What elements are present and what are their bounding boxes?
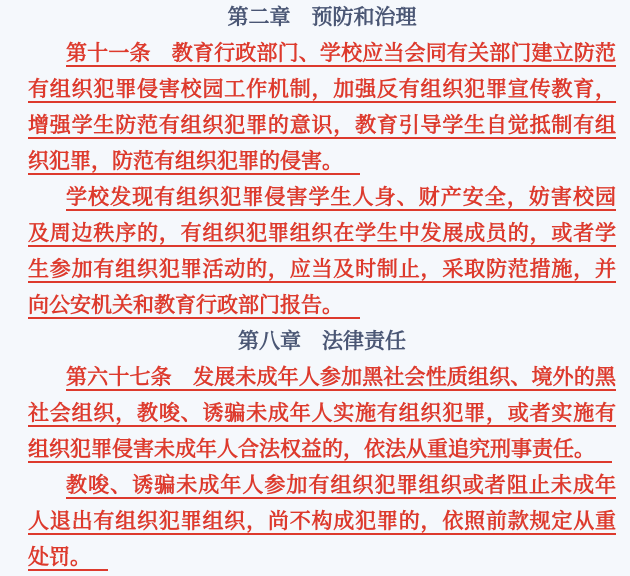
law-text-line: 第十一条 教育行政部门、学校应当会同有关部门建立防范 xyxy=(28,36,616,72)
law-text-line: 有组织犯罪侵害校园工作机制，加强反有组织犯罪宣传教育， xyxy=(28,72,616,108)
law-text-line: 向公安机关和教育行政部门报告。 xyxy=(28,288,616,324)
law-text-line: 学校发现有组织犯罪侵害学生人身、财产安全，妨害校园 xyxy=(28,180,616,216)
law-text-line: 第六十七条 发展未成年人参加黑社会性质组织、境外的黑 xyxy=(28,360,616,396)
law-text-line: 教唆、诱骗未成年人参加有组织犯罪组织或者阻止未成年 xyxy=(28,468,616,504)
law-text-line: 社会组织，教唆、诱骗未成年人实施有组织犯罪，或者实施有 xyxy=(28,396,616,432)
chapter-heading: 第二章 预防和治理 xyxy=(28,0,616,36)
law-text-line: 生参加有组织犯罪活动的，应当及时制止，采取防范措施，并 xyxy=(28,252,616,288)
document-page: 第二章 预防和治理第十一条 教育行政部门、学校应当会同有关部门建立防范有组织犯罪… xyxy=(0,0,630,576)
law-text-line: 人退出有组织犯罪组织，尚不构成犯罪的，依照前款规定从重 xyxy=(28,504,616,540)
law-text-line: 处罚。 xyxy=(28,540,616,576)
law-text-line: 织犯罪，防范有组织犯罪的侵害。 xyxy=(28,144,616,180)
law-text-line: 增强学生防范有组织犯罪的意识，教育引导学生自觉抵制有组 xyxy=(28,108,616,144)
chapter-heading: 第八章 法律责任 xyxy=(28,324,616,360)
law-text-line: 组织犯罪侵害未成年人合法权益的，依法从重追究刑事责任。 xyxy=(28,432,616,468)
law-text-line: 及周边秩序的，有组织犯罪组织在学生中发展成员的，或者学 xyxy=(28,216,616,252)
